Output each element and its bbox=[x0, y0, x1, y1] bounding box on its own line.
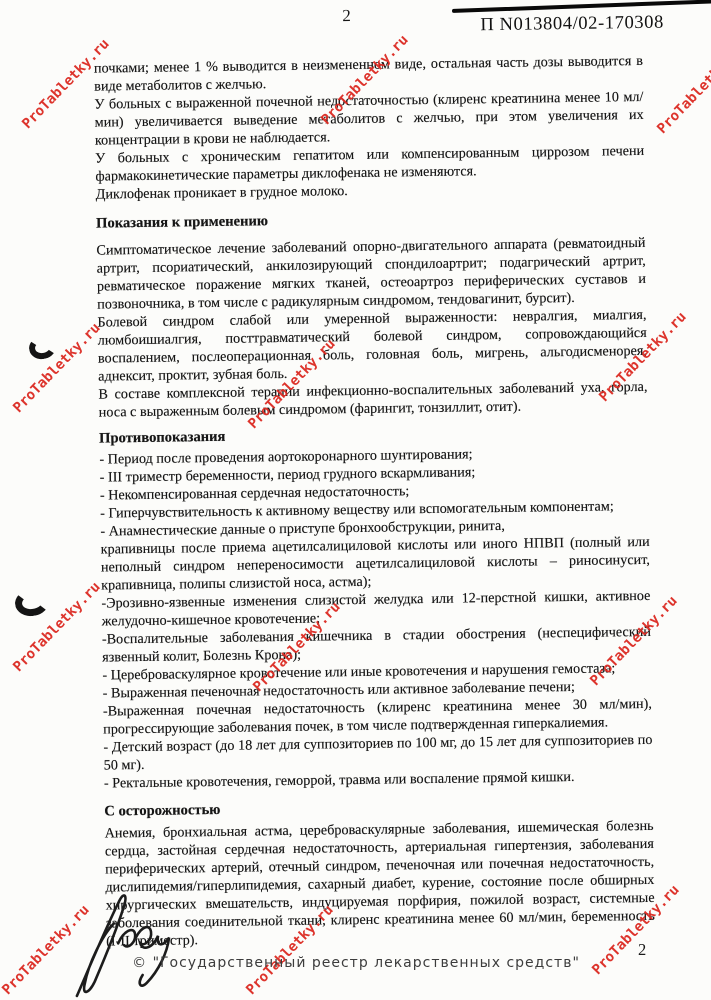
scanned-document-page: 2 П N013804/02-170308 почками; менее 1 %… bbox=[0, 0, 711, 1000]
footer-copyright: © "Государственный реестр лекарственных … bbox=[132, 955, 580, 971]
scan-layer: 2 П N013804/02-170308 почками; менее 1 %… bbox=[0, 0, 711, 1000]
document-body: почками; менее 1 % выводится в неизменен… bbox=[94, 52, 655, 951]
section-heading: Показания к применению bbox=[96, 207, 645, 234]
signature-scribble bbox=[61, 886, 195, 1000]
page-number-top: 2 bbox=[342, 6, 351, 26]
paragraph: Болевой синдром слабой или умеренной выр… bbox=[97, 306, 647, 386]
paragraph: - Анамнестические данные о приступе брон… bbox=[100, 515, 650, 595]
paragraph: У больных с выраженной почечной недостат… bbox=[94, 88, 644, 150]
registration-number: П N013804/02-170308 bbox=[480, 13, 664, 37]
paragraph: Симптоматическое лечение заболеваний опо… bbox=[96, 234, 646, 314]
paragraph: В составе комплексной терапии инфекционн… bbox=[98, 378, 647, 422]
page-number-bottom: 2 bbox=[638, 940, 646, 960]
